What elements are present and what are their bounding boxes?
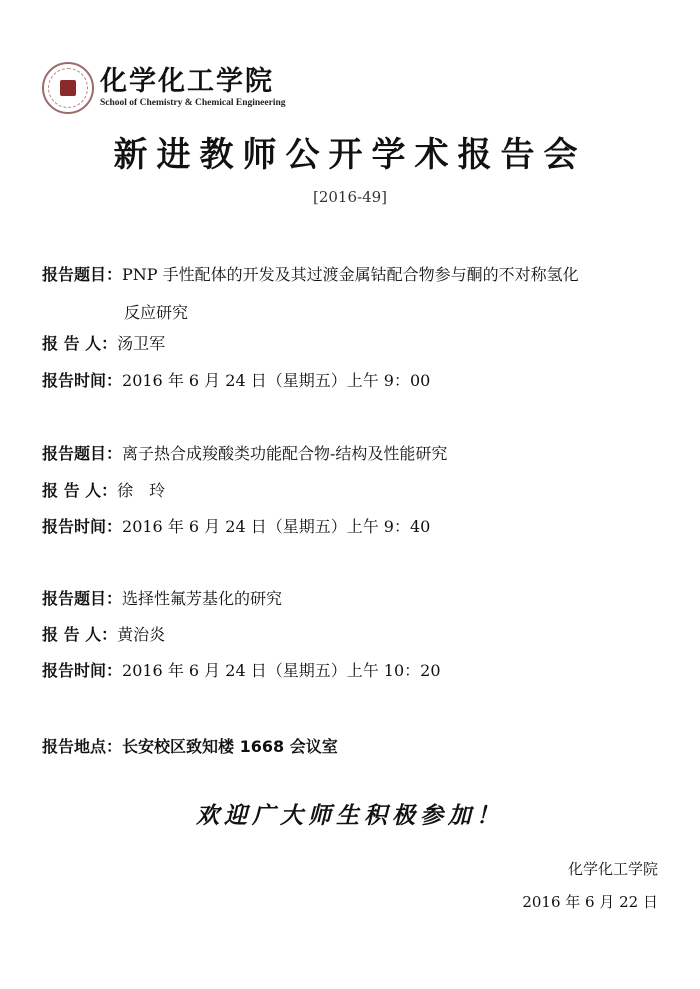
page-title: 新进教师公开学术报告会 bbox=[0, 127, 700, 176]
document-number: [2016-49] bbox=[0, 188, 700, 206]
topic-value-cont: 反应研究 bbox=[124, 303, 188, 322]
talk-1-time: 报告时间：2016 年 6 月 24 日（星期五）上午 9：00 bbox=[42, 368, 430, 391]
talk-1-topic: 报告题目：PNP 手性配体的开发及其过渡金属钴配合物参与酮的不对称氢化 bbox=[42, 262, 579, 285]
speaker-value: 徐 玲 bbox=[117, 481, 165, 500]
logo-english-name: School of Chemistry & Chemical Engineeri… bbox=[100, 97, 286, 109]
topic-label: 报告题目： bbox=[42, 444, 122, 463]
school-logo: 化学化工学院 School of Chemistry & Chemical En… bbox=[42, 62, 286, 114]
speaker-value: 黄治炎 bbox=[117, 625, 165, 644]
talk-2-topic: 报告题目：离子热合成羧酸类功能配合物-结构及性能研究 bbox=[42, 441, 447, 464]
talk-3-topic: 报告题目：选择性氟芳基化的研究 bbox=[42, 586, 282, 609]
topic-label: 报告题目： bbox=[42, 265, 122, 284]
talk-2-speaker: 报 告 人：徐 玲 bbox=[42, 478, 165, 501]
welcome-message: 欢迎广大师生积极参加！ bbox=[0, 797, 700, 830]
university-seal-icon bbox=[42, 62, 94, 114]
time-label: 报告时间： bbox=[42, 371, 122, 390]
speaker-label: 报 告 人： bbox=[42, 625, 117, 644]
location-row: 报告地点：长安校区致知楼 1668 会议室 bbox=[42, 734, 338, 757]
topic-value: 选择性氟芳基化的研究 bbox=[122, 589, 282, 608]
talk-3-speaker: 报 告 人：黄治炎 bbox=[42, 622, 165, 645]
topic-value: PNP 手性配体的开发及其过渡金属钴配合物参与酮的不对称氢化 bbox=[122, 265, 579, 284]
speaker-label: 报 告 人： bbox=[42, 334, 117, 353]
speaker-label: 报 告 人： bbox=[42, 481, 117, 500]
talk-2-time: 报告时间：2016 年 6 月 24 日（星期五）上午 9：40 bbox=[42, 514, 430, 537]
signature-date: 2016 年 6 月 22 日 bbox=[522, 891, 658, 912]
topic-label: 报告题目： bbox=[42, 589, 122, 608]
time-value: 2016 年 6 月 24 日（星期五）上午 10：20 bbox=[122, 661, 441, 680]
speaker-value: 汤卫军 bbox=[117, 334, 165, 353]
talk-1-topic-cont: 反应研究 bbox=[124, 300, 188, 323]
signature-org: 化学化工学院 bbox=[568, 858, 658, 879]
time-label: 报告时间： bbox=[42, 517, 122, 536]
time-label: 报告时间： bbox=[42, 661, 122, 680]
talk-1-speaker: 报 告 人：汤卫军 bbox=[42, 331, 165, 354]
topic-value: 离子热合成羧酸类功能配合物-结构及性能研究 bbox=[122, 444, 447, 463]
time-value: 2016 年 6 月 24 日（星期五）上午 9：00 bbox=[122, 371, 430, 390]
location-value: 长安校区致知楼 1668 会议室 bbox=[122, 737, 338, 756]
location-label: 报告地点： bbox=[42, 737, 122, 756]
logo-chinese-name: 化学化工学院 bbox=[100, 67, 286, 97]
time-value: 2016 年 6 月 24 日（星期五）上午 9：40 bbox=[122, 517, 430, 536]
talk-3-time: 报告时间：2016 年 6 月 24 日（星期五）上午 10：20 bbox=[42, 658, 441, 681]
